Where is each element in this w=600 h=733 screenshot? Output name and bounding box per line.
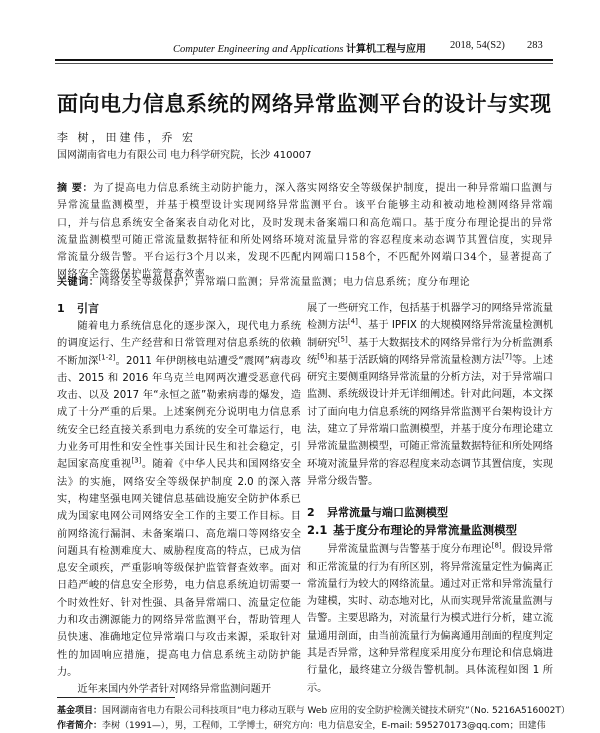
affiliation: 国网湖南省电力有限公司 电力科学研究院，长沙 410007 (57, 146, 312, 161)
abstract: 摘 要：为了提高电力信息系统主动防护能力，深入落实网络安全等级保护制度，提出一种… (57, 180, 553, 284)
journal-name-cn: 计算机工程与应用 (346, 44, 426, 55)
article-title: 面向电力信息系统的网络异常监测平台的设计与实现 (57, 88, 552, 118)
paragraph: 近年来国内外学者针对网络异常监测问题开 (57, 681, 301, 698)
volume-issue: 2018, 54(S2) (450, 40, 505, 51)
paragraph: 随着电力系统信息化的逐步深入，现代电力系统的调度运行、生产经营和日常管理对信息系… (57, 318, 301, 681)
left-column: 1引言 随着电力系统信息化的逐步深入，现代电力系统的调度运行、生产经营和日常管理… (57, 300, 301, 699)
keywords-label: 关键词： (57, 277, 99, 288)
running-header: Computer Engineering and Applications 计算… (55, 38, 555, 58)
paragraph: 异常流量监测与告警基于度分布理论[8]。假设异常和正常流量的行为有所区别，将异常… (307, 541, 553, 697)
author-list: 李 树，田建伟，乔 宏 (57, 129, 196, 145)
header-rule-thin (55, 63, 553, 64)
fund-footnote: 基金项目：国网湖南省电力有限公司科技项目“电力移动互联与 Web 应用的安全防护… (57, 703, 597, 716)
keywords: 关键词：网络安全等级保护；异常端口监测；异常流量监测；电力信息系统；度分布理论 (57, 273, 553, 288)
journal-name: Computer Engineering and Applications 计算… (173, 40, 426, 55)
subsection-heading-2-1: 2.1基于度分布理论的异常流量监测模型 (307, 522, 553, 541)
paragraph: 展了一些研究工作，包括基于机器学习的网络异常流量检测方法[4]、基于 IPFIX… (307, 300, 553, 490)
right-column: 展了一些研究工作，包括基于机器学习的网络异常流量检测方法[4]、基于 IPFIX… (307, 300, 553, 697)
author-footnote: 作者简介：李树（1991—），男，工程师，工学博士，研究方向：电力信息安全，E-… (57, 718, 597, 731)
page-number: 283 (527, 40, 543, 51)
section-heading-1: 1引言 (57, 300, 301, 317)
section-heading-2: 2异常流量与端口监测模型 (307, 504, 553, 521)
abstract-text: 为了提高电力信息系统主动防护能力，深入落实网络安全等级保护制度，提出一种异常端口… (57, 183, 553, 280)
header-rule-thick (55, 59, 553, 61)
abstract-label: 摘 要： (57, 183, 93, 194)
footnote-rule (57, 697, 175, 698)
keywords-text: 网络安全等级保护；异常端口监测；异常流量监测；电力信息系统；度分布理论 (99, 277, 470, 288)
